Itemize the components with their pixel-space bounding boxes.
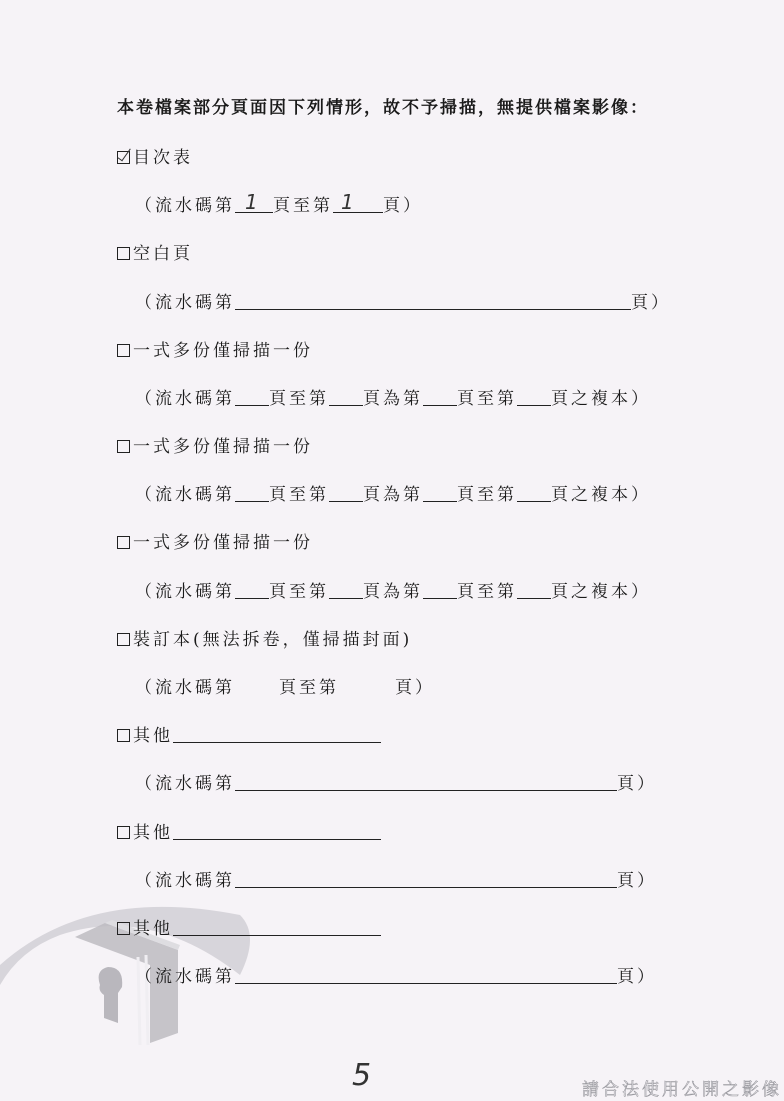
detail-text: 頁） — [617, 774, 657, 794]
detail-text: （流水碼第 — [135, 293, 235, 313]
detail-text: 頁） — [383, 196, 423, 216]
section-label: 其他 — [133, 919, 173, 939]
checkbox[interactable] — [117, 633, 130, 646]
detail-text: （流水碼第 — [135, 389, 235, 409]
section-copies-2: 一式多份僅掃描一份 — [117, 432, 313, 457]
detail-text: （流水碼第 — [135, 485, 235, 505]
to-page-field[interactable]: 1 — [333, 196, 383, 213]
section-other-1-detail: （流水碼第頁） — [135, 769, 657, 794]
detail-text: （流水碼第 — [135, 678, 235, 698]
page-range-field[interactable] — [235, 967, 617, 984]
checkbox[interactable] — [117, 536, 130, 549]
checkbox[interactable] — [117, 440, 130, 453]
blank-field[interactable] — [235, 582, 269, 599]
detail-text: （流水碼第 — [135, 196, 235, 216]
section-label: 目次表 — [133, 148, 193, 168]
handwritten-value: 1 — [341, 190, 357, 214]
blank-field[interactable] — [423, 485, 457, 502]
blank-field[interactable] — [517, 582, 551, 599]
detail-text: （流水碼第 — [135, 774, 235, 794]
blank-field[interactable] — [329, 485, 363, 502]
detail-text: 頁） — [617, 967, 657, 987]
detail-text: 頁） — [617, 871, 657, 891]
detail-text: 頁至第 — [457, 389, 517, 409]
detail-text: 頁至第 — [269, 582, 329, 602]
checkbox[interactable] — [117, 922, 130, 935]
detail-text: 頁之複本） — [551, 582, 651, 602]
blank-field[interactable] — [517, 485, 551, 502]
checkbox[interactable] — [117, 247, 130, 260]
checkbox[interactable] — [117, 826, 130, 839]
section-label: 一式多份僅掃描一份 — [133, 533, 313, 553]
checkbox[interactable] — [117, 344, 130, 357]
blank-field[interactable] — [517, 389, 551, 406]
detail-text: 頁之複本） — [551, 389, 651, 409]
detail-text: 頁至第 — [457, 582, 517, 602]
section-copies-1: 一式多份僅掃描一份 — [117, 336, 313, 361]
section-label: 一式多份僅掃描一份 — [133, 437, 313, 457]
detail-text: 頁） — [631, 293, 671, 313]
other-reason-field[interactable] — [173, 726, 381, 743]
section-label: 裝訂本(無法拆卷，僅掃描封面) — [133, 630, 412, 650]
blank-field[interactable] — [235, 485, 269, 502]
detail-text: 頁為第 — [363, 582, 423, 602]
detail-text: 頁之複本） — [551, 485, 651, 505]
other-reason-field[interactable] — [173, 823, 381, 840]
detail-text: （流水碼第 — [135, 967, 235, 987]
section-other-1: 其他 — [117, 721, 381, 746]
document-title: 本卷檔案部分頁面因下列情形，故不予掃描，無提供檔案影像： — [117, 93, 649, 118]
from-page-field[interactable]: 1 — [235, 196, 273, 213]
section-other-3: 其他 — [117, 914, 381, 939]
section-blank-pages: 空白頁 — [117, 239, 193, 264]
section-toc-detail: （流水碼第1頁至第1頁） — [135, 191, 423, 216]
section-other-2-detail: （流水碼第頁） — [135, 866, 657, 891]
detail-text: 頁為第 — [363, 485, 423, 505]
section-blank-pages-detail: （流水碼第頁） — [135, 288, 671, 313]
watermark-text: 請合法使用公開之影像 — [582, 1075, 782, 1100]
detail-text: 頁至第 — [273, 196, 333, 216]
page-range-field[interactable] — [235, 871, 617, 888]
section-toc: 目次表 — [117, 143, 193, 168]
detail-text: （流水碼第 — [135, 871, 235, 891]
section-label: 其他 — [133, 726, 173, 746]
section-label: 一式多份僅掃描一份 — [133, 341, 313, 361]
detail-text: 頁至第 — [269, 389, 329, 409]
blank-field[interactable] — [329, 389, 363, 406]
detail-text: 頁至第 — [269, 485, 329, 505]
section-copies-2-detail: （流水碼第頁至第頁為第頁至第頁之複本） — [135, 480, 651, 505]
page-range-field[interactable] — [235, 293, 631, 310]
page-range-field[interactable] — [235, 774, 617, 791]
section-bound-volume-detail: （流水碼第頁至第頁） — [135, 673, 435, 698]
detail-text: 頁至第 — [457, 485, 517, 505]
blank-field[interactable] — [235, 389, 269, 406]
blank-field[interactable] — [423, 389, 457, 406]
detail-text: 頁為第 — [363, 389, 423, 409]
section-copies-3: 一式多份僅掃描一份 — [117, 528, 313, 553]
section-label: 其他 — [133, 823, 173, 843]
handwritten-value: 1 — [245, 190, 261, 214]
blank-field[interactable] — [423, 582, 457, 599]
section-bound-volume: 裝訂本(無法拆卷，僅掃描封面) — [117, 625, 412, 650]
other-reason-field[interactable] — [173, 919, 381, 936]
section-label: 空白頁 — [133, 244, 193, 264]
detail-text: 頁至第 — [279, 678, 339, 698]
detail-text: 頁） — [395, 678, 435, 698]
page-number: 5 — [352, 1058, 371, 1093]
section-other-3-detail: （流水碼第頁） — [135, 962, 657, 987]
section-copies-3-detail: （流水碼第頁至第頁為第頁至第頁之複本） — [135, 577, 651, 602]
checkbox-checked[interactable] — [117, 151, 130, 164]
section-copies-1-detail: （流水碼第頁至第頁為第頁至第頁之複本） — [135, 384, 651, 409]
section-other-2: 其他 — [117, 818, 381, 843]
checkbox[interactable] — [117, 729, 130, 742]
blank-field[interactable] — [329, 582, 363, 599]
detail-text: （流水碼第 — [135, 582, 235, 602]
